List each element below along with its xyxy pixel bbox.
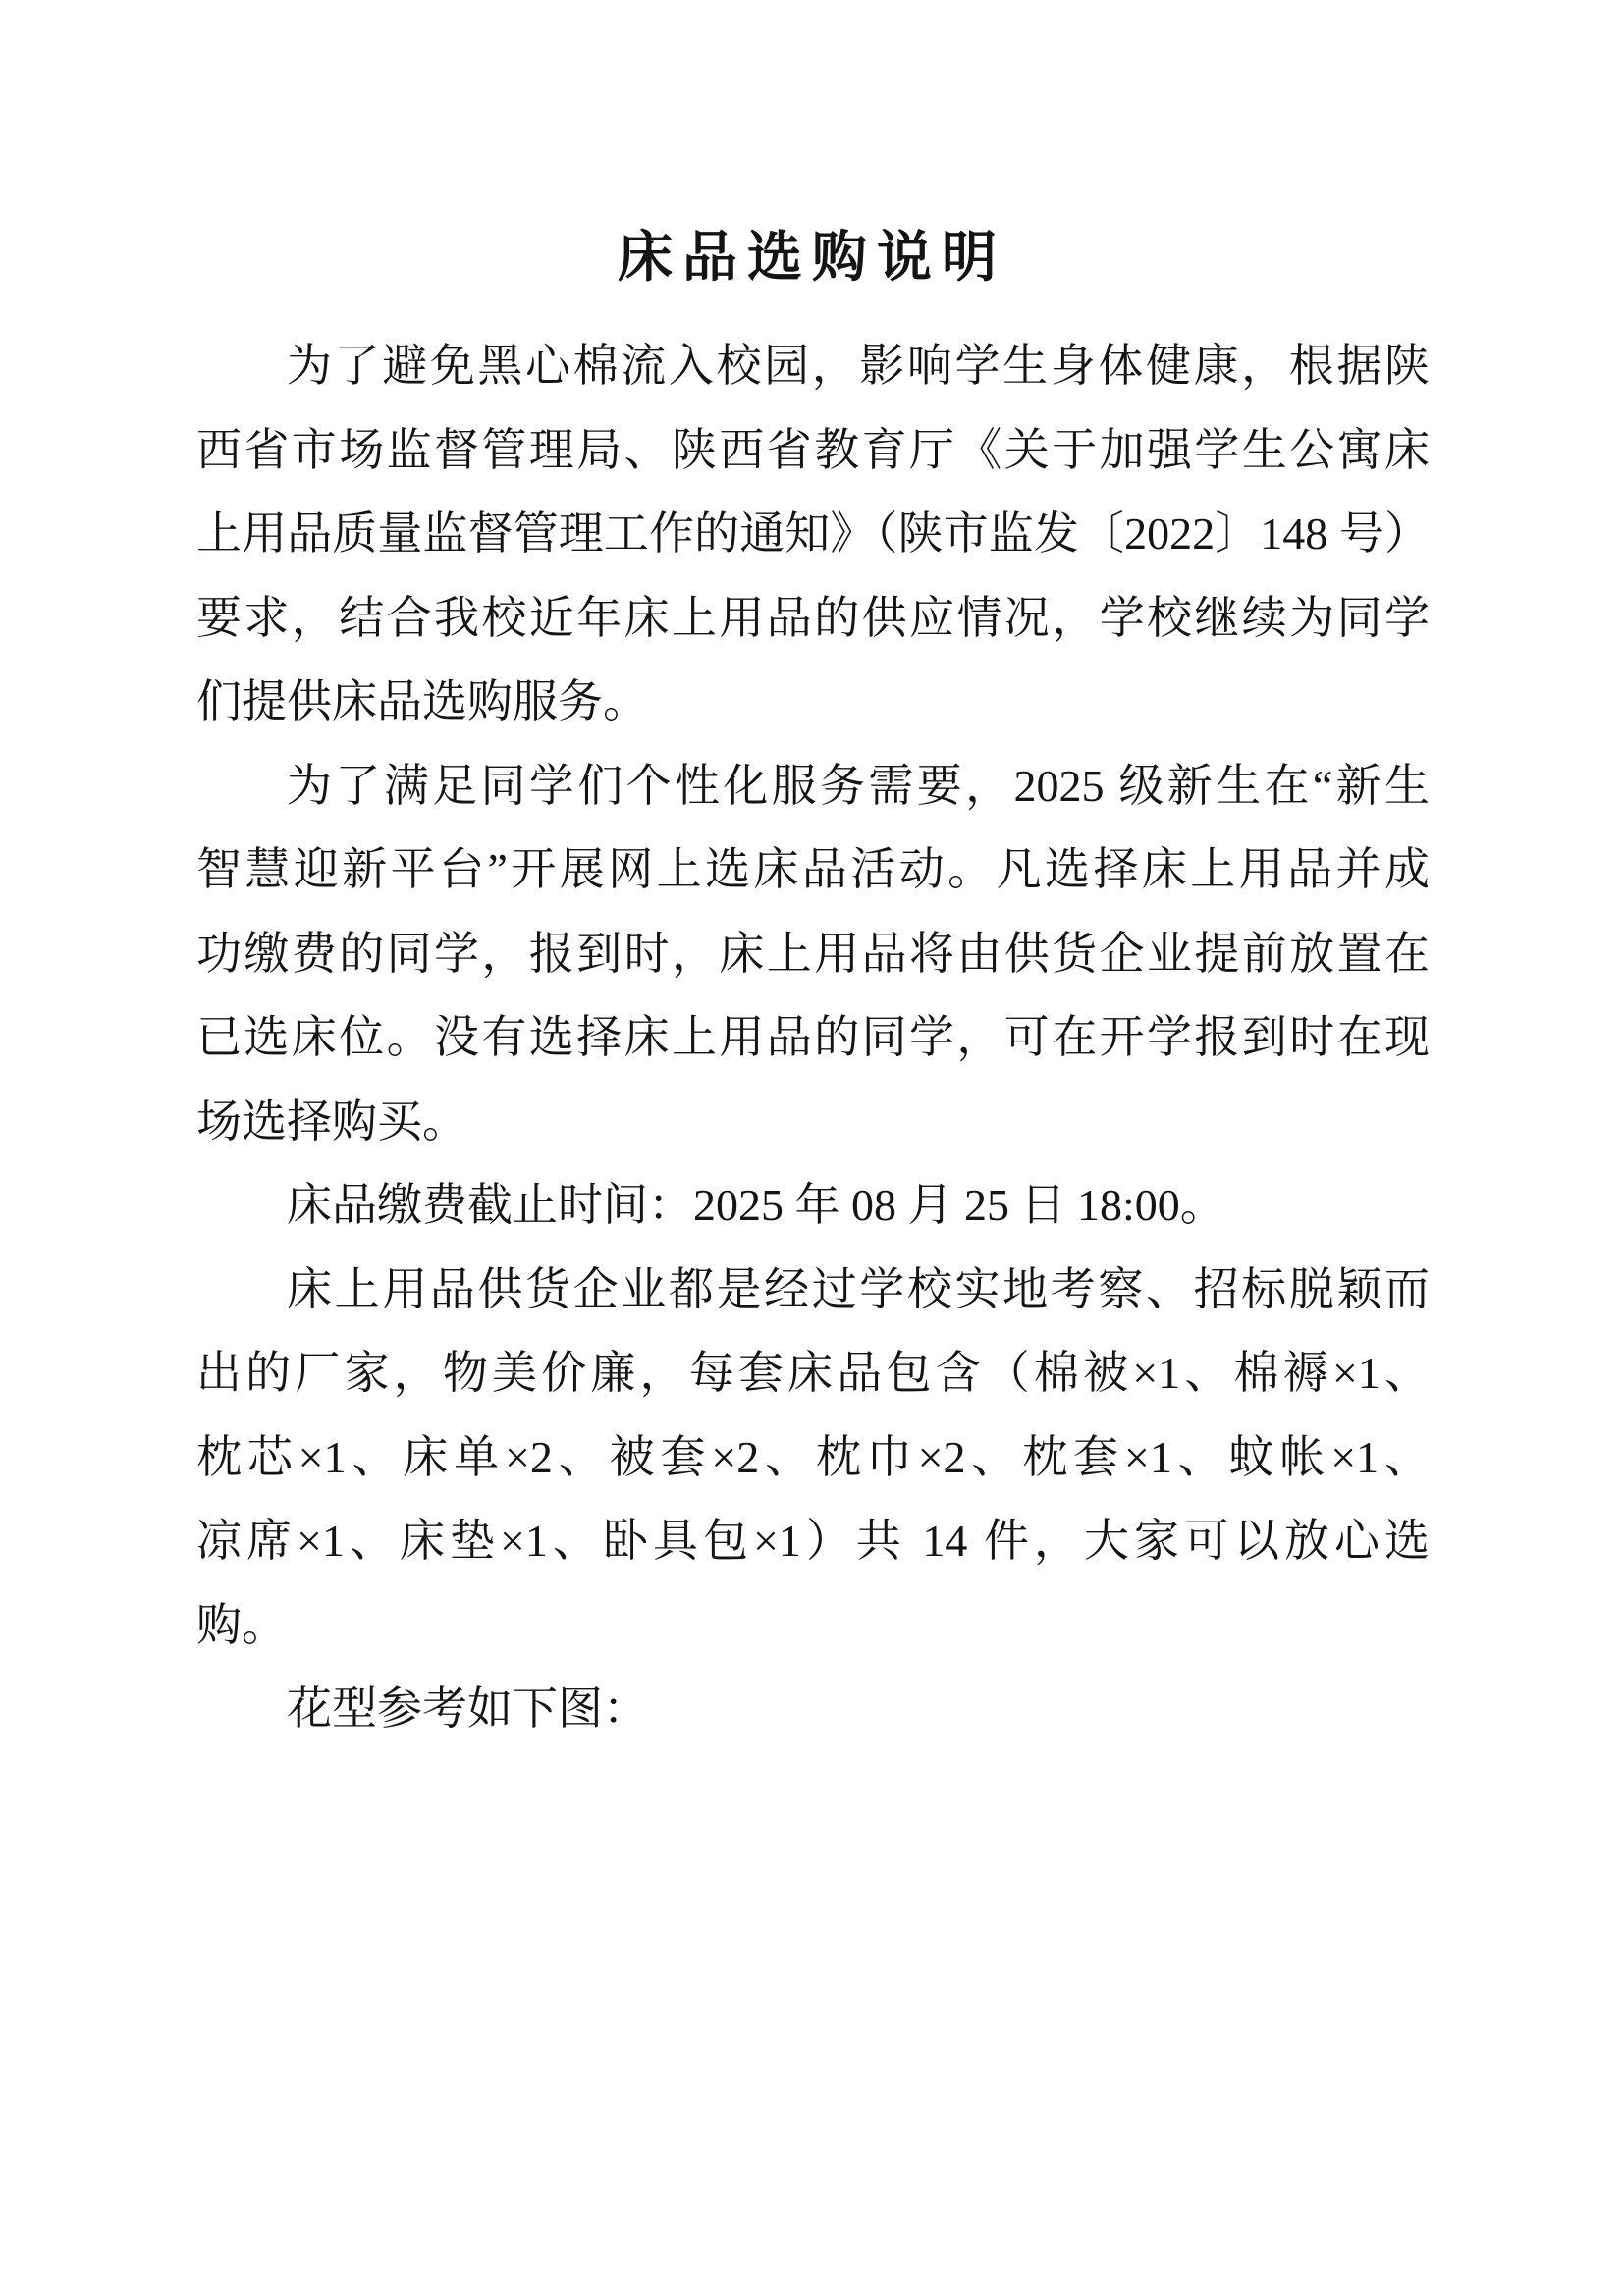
text-line: 出的厂家，物美价廉，每套床品包含（棉被×1、棉褥×1、	[196, 1331, 1430, 1415]
document-page: 床品选购说明 为了避免黑心棉流入校园，影响学生身体健康，根据陕 西省市场监督管理…	[0, 0, 1624, 2296]
text-line: 枕芯×1、床单×2、被套×2、枕巾×2、枕套×1、蚊帐×1、	[196, 1415, 1430, 1500]
document-title: 床品选购说明	[0, 214, 1624, 293]
text-line: 已选床位。没有选择床上用品的同学，可在开学报到时在现	[196, 995, 1430, 1080]
text-line: 为了满足同学们个性化服务需要，2025 级新生在“新生	[196, 744, 1430, 828]
text-line: 床品缴费截止时间：2025 年 08 月 25 日 18:00。	[196, 1163, 1430, 1248]
document-body: 为了避免黑心棉流入校园，影响学生身体健康，根据陕 西省市场监督管理局、陕西省教育…	[196, 324, 1430, 1751]
text-line: 购。	[196, 1583, 1430, 1668]
text-line: 们提供床品选购服务。	[196, 660, 1430, 744]
text-line: 智慧迎新平台”开展网上选床品活动。凡选择床上用品并成	[196, 828, 1430, 912]
text-line: 西省市场监督管理局、陕西省教育厅《关于加强学生公寓床	[196, 408, 1430, 493]
text-line: 床上用品供货企业都是经过学校实地考察、招标脱颖而	[196, 1248, 1430, 1332]
text-line: 要求，结合我校近年床上用品的供应情况，学校继续为同学	[196, 576, 1430, 661]
text-line: 花型参考如下图：	[196, 1667, 1430, 1751]
text-line: 上用品质量监督管理工作的通知》（陕市监发〔2022〕148 号）	[196, 492, 1430, 576]
text-line: 场选择购买。	[196, 1080, 1430, 1164]
text-line: 功缴费的同学，报到时，床上用品将由供货企业提前放置在	[196, 912, 1430, 996]
text-line: 凉席×1、床垫×1、卧具包×1）共 14 件，大家可以放心选	[196, 1499, 1430, 1583]
text-line: 为了避免黑心棉流入校园，影响学生身体健康，根据陕	[196, 324, 1430, 408]
